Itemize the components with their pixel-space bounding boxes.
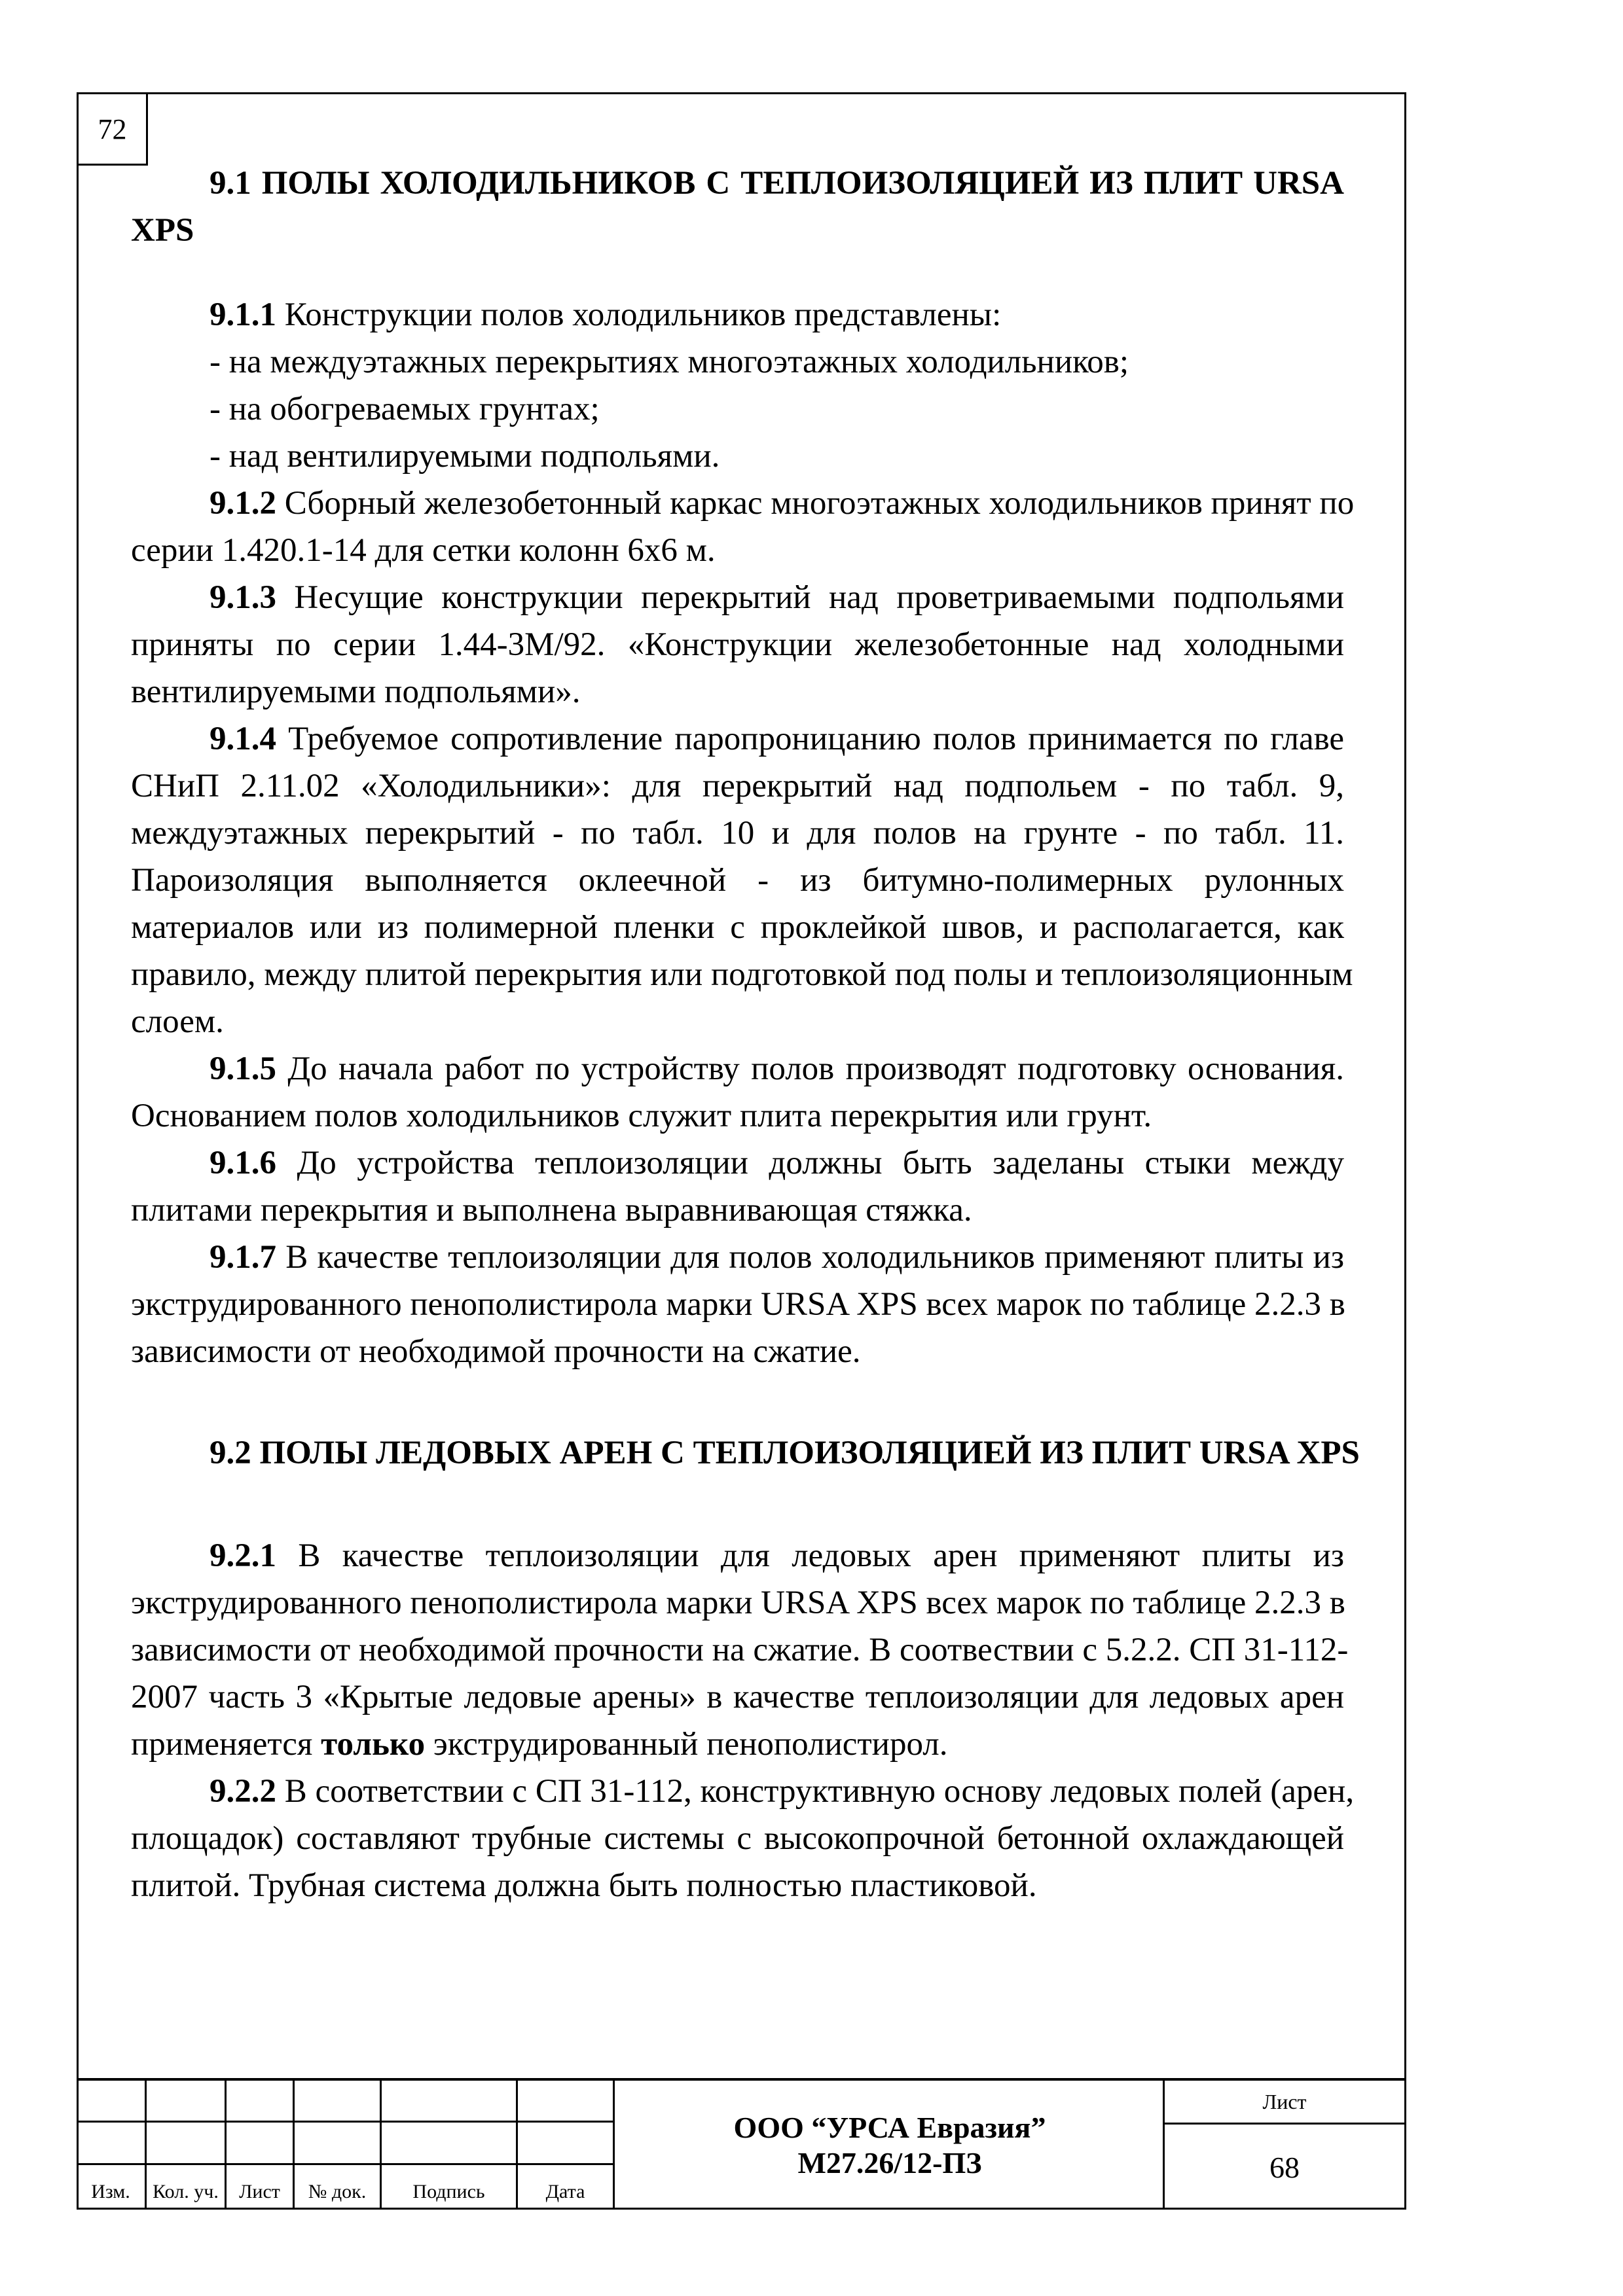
paragraph-line: 9.1.7 В качестве теплоизоляции для полов… [131,1234,1344,1281]
paragraph-line: 9.2.1 В качестве теплоизоляции для ледов… [131,1532,1344,1579]
paragraph-line: Основанием полов холодильников служит пл… [131,1092,1344,1139]
stamp-cell [518,2123,615,2165]
clause-number: 9.1.2 [210,485,276,522]
paragraph-line: экструдированного пенополистирола марки … [131,1281,1344,1328]
clause-number: 9.2.2 [210,1773,276,1810]
section-9-2-body: 9.2.1 В качестве теплоизоляции для ледов… [131,1532,1344,1909]
stamp-cell [295,2081,382,2123]
list-item: - над вентилируемыми подпольями. [131,433,1344,480]
corner-page-number: 72 [77,92,148,166]
emphasis: только [321,1726,425,1763]
stamp-cell: Изм. [77,2165,147,2210]
stamp-column-label: Подпись [382,2165,516,2210]
heading-line: XPS [131,207,1344,254]
paragraph-line: 9.1.5 До начала работ по устройству поло… [131,1045,1344,1092]
stamp-column-label: Изм. [77,2165,145,2210]
paragraph-line: площадок) составляют трубные системы с в… [131,1815,1344,1862]
paragraph-line: применяется только экструдированный пено… [131,1721,1344,1768]
paragraph-line: междуэтажных перекрытий - по табл. 10 и … [131,810,1344,857]
paragraph-line: 2007 часть 3 «Крытые ледовые арены» в ка… [131,1674,1344,1721]
stamp-cell: Лист [227,2165,295,2210]
stamp-cell [295,2123,382,2165]
clause-number: 9.1.1 [210,296,276,333]
paragraph-line: материалов или из полимерной пленки с пр… [131,904,1344,951]
clause-number: 9.1.5 [210,1050,276,1087]
heading-line: 9.2 ПОЛЫ ЛЕДОВЫХ АРЕН С ТЕПЛОИЗОЛЯЦИЕЙ И… [131,1429,1344,1477]
paragraph-line: СНиП 2.11.02 «Холодильники»: для перекры… [131,762,1344,810]
section-9-1-heading: 9.1 ПОЛЫ ХОЛОДИЛЬНИКОВ С ТЕПЛОИЗОЛЯЦИЕЙ … [131,160,1344,254]
stamp-cell [77,2081,147,2123]
stamp-cell [227,2123,295,2165]
paragraph-line: слоем. [131,998,1344,1045]
list-item: - на междуэтажных перекрытиях многоэтажн… [131,338,1344,386]
section-9-1-body: 9.1.1 Конструкции полов холодильников пр… [131,291,1344,1375]
paragraph-line: 9.1.6 До устройства теплоизоляции должны… [131,1139,1344,1187]
stamp-column-label: № док. [295,2165,380,2210]
paragraph-line: плитами перекрытия и выполнена выравнива… [131,1187,1344,1234]
corner-number: 72 [98,113,127,146]
heading-line: 9.1 ПОЛЫ ХОЛОДИЛЬНИКОВ С ТЕПЛОИЗОЛЯЦИЕЙ … [131,160,1344,207]
organization-name: ООО “УРСА Евразия” [734,2110,1046,2145]
paragraph-line: 9.1.4 Требуемое сопротивление паропрониц… [131,715,1344,762]
stamp-cell: № док. [295,2165,382,2210]
stamp-column-label: Лист [227,2165,293,2210]
clause-number: 9.1.4 [210,721,276,757]
title-block: Изм.Кол. уч.Лист№ док.ПодписьДата ООО “У… [77,2078,1406,2210]
list-item: - на обогреваемых грунтах; [131,386,1344,433]
sheet-number: 68 [1165,2125,1404,2210]
paragraph-line: зависимости от необходимой прочности на … [131,1328,1344,1375]
stamp-column-label: Дата [518,2165,613,2210]
paragraph-line: серии 1.420.1-14 для сетки колонн 6х6 м. [131,527,1344,574]
stamp-cell [227,2081,295,2123]
paragraph-line: 9.1.1 Конструкции полов холодильников пр… [131,291,1344,338]
stamp-cell: Дата [518,2165,615,2210]
paragraph-line: экструдированного пенополистирола марки … [131,1579,1344,1626]
stamp-cell [382,2081,518,2123]
stamp-cell [382,2123,518,2165]
paragraph-line: приняты по серии 1.44-3М/92. «Конструкци… [131,621,1344,668]
stamp-cell [147,2123,227,2165]
clause-number: 9.2.1 [210,1537,276,1574]
paragraph-line: 9.2.2 В соответствии с СП 31-112, констр… [131,1768,1344,1815]
paragraph-line: вентилируемыми подпольями». [131,668,1344,715]
stamp-cell [518,2081,615,2123]
paragraph-line: 9.1.2 Сборный железобетонный каркас мног… [131,480,1344,527]
document-code: М27.26/12-ПЗ [797,2145,981,2181]
stamp-cell: Кол. уч. [147,2165,227,2210]
clause-number: 9.1.6 [210,1145,276,1181]
section-9-2-heading: 9.2 ПОЛЫ ЛЕДОВЫХ АРЕН С ТЕПЛОИЗОЛЯЦИЕЙ И… [131,1429,1344,1477]
stamp-column-label: Кол. уч. [147,2165,225,2210]
paragraph-line: 9.1.3 Несущие конструкции перекрытий над… [131,574,1344,621]
paragraph-line: плитой. Трубная система должна быть полн… [131,1862,1344,1909]
title-block-organization: ООО “УРСА Евразия” М27.26/12-ПЗ [615,2081,1165,2210]
stamp-cell [147,2081,227,2123]
sheet-label: Лист [1165,2081,1404,2123]
clause-number: 9.1.7 [210,1239,276,1276]
paragraph-line: зависимости от необходимой прочности на … [131,1626,1344,1674]
paragraph-line: правило, между плитой перекрытия или под… [131,951,1344,998]
stamp-cell [77,2123,147,2165]
stamp-cell: Подпись [382,2165,518,2210]
clause-number: 9.1.3 [210,579,276,616]
paragraph-line: Пароизоляция выполняется оклеечной - из … [131,857,1344,904]
